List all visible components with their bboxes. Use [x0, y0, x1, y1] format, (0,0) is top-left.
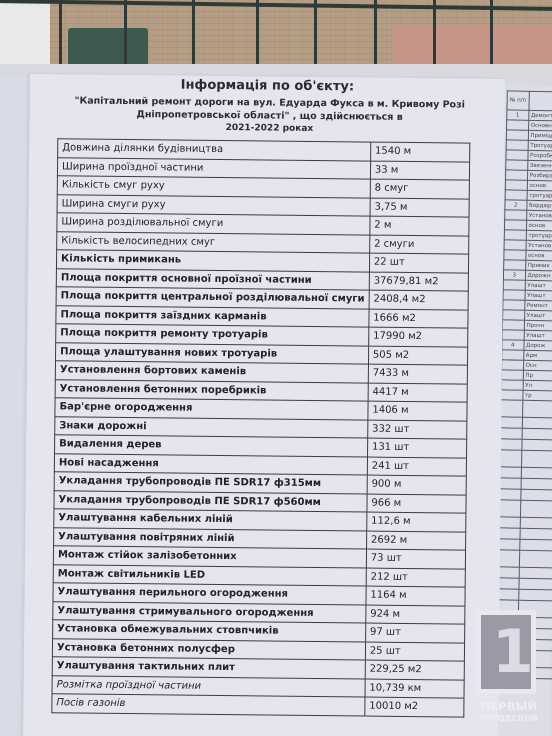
side-row-number [505, 210, 527, 220]
row-value: 212 шт [366, 568, 465, 588]
side-row-number: 3 [503, 270, 525, 280]
row-value: 1540 м [370, 142, 469, 162]
row-value: 10010 м2 [365, 697, 464, 717]
logo-text-line1: ПЕРВЫЙ [474, 700, 544, 713]
fence-bar [256, 0, 259, 74]
row-value: 1406 м [368, 401, 467, 421]
channel-logo: 1 ПЕРВЫЙ ГОРОДСКОЙ [474, 610, 544, 728]
table-row: Посів газонів10010 м2 [52, 694, 464, 717]
side-row-number: 1 [507, 110, 529, 120]
row-value: 229,25 м2 [365, 660, 464, 680]
row-value: 131 шт [367, 438, 466, 458]
side-row-number [503, 290, 525, 300]
side-row-number [503, 310, 525, 320]
row-label: Посів газонів [52, 694, 365, 716]
side-row-number [506, 140, 528, 150]
row-value: 97 шт [365, 623, 464, 643]
fence-bar [192, 0, 195, 74]
side-row-number: 4 [502, 340, 524, 350]
side-row-number [502, 320, 524, 330]
row-value: 25 шт [365, 642, 464, 662]
row-value: 2692 м [366, 531, 465, 551]
side-row-empty [498, 500, 552, 518]
side-row-number [504, 220, 526, 230]
fence-bar [374, 0, 377, 74]
side-row-number [504, 260, 526, 270]
row-value: 8 смуг [370, 179, 469, 199]
row-value: 7433 м [368, 364, 467, 384]
side-row-number: 2 [505, 200, 527, 210]
side-header-blank [528, 91, 552, 111]
fence-bar [124, 0, 127, 74]
project-info-table: Довжина ділянки будівництва1540 мШирина … [51, 138, 470, 717]
side-row-number [503, 280, 525, 290]
side-row-number [501, 380, 523, 390]
side-row-number [501, 370, 523, 380]
row-value: 2 смуги [370, 235, 469, 255]
side-row-number [505, 180, 527, 190]
row-value: 10,739 км [365, 679, 464, 699]
row-value: 112,6 м [367, 512, 466, 532]
row-value: 1666 м2 [369, 309, 468, 329]
logo-text-line2: ГОРОДСКОЙ [474, 714, 544, 723]
side-row-empty [501, 400, 552, 418]
row-value: 33 м [370, 161, 469, 181]
sky [0, 0, 52, 68]
row-value: 505 м2 [368, 346, 467, 366]
side-row-number [503, 300, 525, 310]
side-row-number [504, 250, 526, 260]
green-fixture [68, 28, 148, 68]
side-row-number [502, 360, 524, 370]
notice-subtitle: "Капітальний ремонт дороги на вул. Едуар… [50, 94, 490, 125]
side-row-number [506, 160, 528, 170]
fence-bar [433, 0, 436, 74]
side-row-number [506, 130, 528, 140]
side-header: № п/п [507, 91, 529, 110]
fence-bar [490, 0, 493, 74]
side-row-number [501, 390, 523, 400]
row-value: 900 м [367, 475, 466, 495]
side-row-number [507, 120, 529, 130]
side-row-number [506, 150, 528, 160]
row-value: 73 шт [366, 549, 465, 569]
side-row-number [505, 190, 527, 200]
row-value: 241 шт [367, 457, 466, 477]
logo-one-icon: 1 [492, 624, 534, 680]
row-value: 966 м [367, 494, 466, 514]
fence-bar [314, 0, 317, 74]
row-value: 22 шт [369, 253, 468, 273]
notice-sheet: Інформація по об'єкту: "Капітальний ремо… [23, 74, 505, 736]
row-value: 37679,81 м2 [369, 272, 468, 292]
notice-title: Інформація по об'єкту: [30, 76, 505, 96]
side-row-number [505, 170, 527, 180]
fence-bar [59, 0, 62, 74]
side-row-number [502, 350, 524, 360]
side-row-empty [497, 550, 552, 568]
row-value: 2408,4 м2 [369, 290, 468, 310]
side-row-empty [499, 450, 552, 468]
row-value: 17990 м2 [369, 327, 468, 347]
side-row-number [504, 230, 526, 240]
row-value: 1164 м [366, 586, 465, 606]
row-value: 4417 м [368, 383, 467, 403]
row-value: 924 м [366, 605, 465, 625]
row-value: 2 м [370, 216, 469, 236]
side-row-number [502, 330, 524, 340]
side-row-number [504, 240, 526, 250]
row-value: 3,75 м [370, 198, 469, 218]
row-value: 332 шт [368, 420, 467, 440]
